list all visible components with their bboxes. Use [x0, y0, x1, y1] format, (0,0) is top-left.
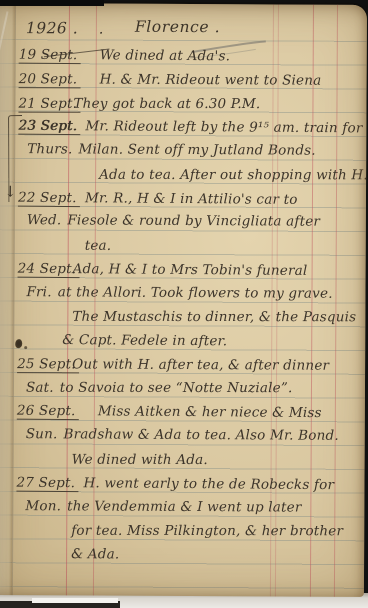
entry-date: 20 Sept.	[19, 71, 81, 88]
entry-text: Mr. Rideout left by the 9¹⁵ am. train fo…	[85, 118, 362, 136]
entry-text: We dined at Ada's.	[100, 47, 230, 64]
entry-text: to Savoia to see “Notte Nuziale”.	[60, 379, 293, 395]
entry-day: Mon.	[25, 498, 61, 514]
diary-row: 19 Sept.We dined at Ada's.	[0, 43, 367, 70]
entry-text: Ada, H & I to Mrs Tobin's funeral	[73, 261, 308, 279]
entry-day: Sun.	[26, 426, 58, 442]
entry-day: Fri.	[26, 284, 51, 300]
diary-row: Thurs.Milan. Sent off my Jutland Bonds.	[0, 138, 366, 164]
entry-text: Out with H. after tea, & after dinner	[72, 356, 329, 373]
entry-text: They got back at 6.30 P.M.	[73, 95, 260, 111]
entry-text: Miss Aitken & her niece & Miss	[98, 404, 322, 422]
diary-row: Ada to tea. After out shopping with H.	[0, 162, 366, 186]
entry-text: the Vendemmia & I went up later	[67, 498, 302, 515]
entry-text: Mr. R., H & I in Attilio's car to	[85, 190, 298, 208]
entry-text: The Mustaschis to dinner, & the Pasquis	[72, 309, 356, 325]
diary-row: 26 Sept.Miss Aitken & her niece & Miss	[0, 399, 365, 426]
entry-text: & Capt. Fedele in after.	[62, 332, 227, 349]
photo-frame: 1926 . . Florence . 19 Sept.We dined at …	[0, 0, 368, 608]
entry-text: H. went early to the de Robecks for	[83, 475, 334, 493]
diary-row: The Mustaschis to dinner, & the Pasquis	[0, 305, 365, 329]
stray-ink-dot: .	[99, 22, 104, 38]
entry-date: 27 Sept.	[16, 474, 78, 491]
diary-row: Sat.to Savoia to see “Notte Nuziale”.	[0, 376, 365, 400]
entry-text: H. & Mr. Rideout went to Siena	[100, 71, 322, 88]
diary-row: 23 Sept.Mr. Rideout left by the 9¹⁵ am. …	[0, 114, 366, 141]
diary-row: & Capt. Fedele in after.	[0, 328, 365, 355]
entry-text: Ada to tea. After out shopping with H.	[99, 167, 368, 183]
diary-row: 20 Sept.H. & Mr. Rideout went to Siena	[0, 67, 367, 93]
diary-row: 21 Sept.They got back at 6.30 P.M.	[0, 91, 366, 115]
diary-row: & Ada.	[0, 542, 364, 569]
diary-row: 27 Sept.H. went early to the de Robecks …	[0, 470, 365, 497]
entry-date: 19 Sept.	[19, 47, 81, 64]
entry-text: tea.	[85, 238, 112, 254]
entry-date: 26 Sept.	[17, 403, 79, 420]
diary-row: Fri.at the Allori. Took flowers to my gr…	[0, 281, 366, 307]
entry-text: at the Allori. Took flowers to my grave.	[58, 284, 333, 301]
entry-bracket	[8, 115, 22, 202]
entry-date: 23 Sept.	[18, 118, 80, 135]
diary-row: 24 Sept.Ada, H & I to Mrs Tobin's funera…	[0, 256, 366, 283]
entry-text: Fiesole & round by Vincigliata after	[67, 213, 320, 230]
diary-row: Sun.Bradshaw & Ada to tea. Also Mr. Bond…	[0, 423, 365, 449]
cover-notch	[0, 0, 104, 6]
entry-day: Sat.	[26, 379, 54, 395]
entry-text: We dined with Ada.	[72, 452, 208, 468]
entry-date: 21 Sept.	[18, 95, 80, 112]
entry-rows: 19 Sept.We dined at Ada's.20 Sept.H. & M…	[0, 43, 367, 568]
ink-speck	[24, 346, 27, 349]
diary-row: 25 Sept.Out with H. after tea, & after d…	[0, 352, 365, 378]
year-label: 1926 .	[26, 19, 78, 37]
entry-text: Bradshaw & Ada to tea. Also Mr. Bond.	[63, 427, 338, 444]
diary-row: Wed.Fiesole & round by Vincigliata after	[0, 209, 366, 235]
ink-blot	[15, 339, 22, 348]
diary-row: We dined with Ada.	[0, 448, 365, 472]
entry-date: 22 Sept.	[18, 189, 80, 206]
page-title: Florence .	[135, 18, 220, 36]
entry-date: 24 Sept.	[18, 261, 80, 278]
entry-text: Milan. Sent off my Jutland Bonds.	[78, 141, 315, 158]
diary-row: for tea. Miss Pilkington, & her brother	[0, 519, 364, 543]
entry-day: Wed.	[27, 213, 62, 229]
diary-row: Mon.the Vendemmia & I went up later	[0, 495, 364, 521]
entry-date: 25 Sept.	[17, 356, 79, 373]
diary-row: tea.	[0, 234, 366, 258]
diary-row: ↓22 Sept.Mr. R., H & I in Attilio's car …	[0, 185, 366, 212]
page-edge-highlight	[32, 598, 118, 603]
entry-text: for tea. Miss Pilkington, & her brother	[71, 523, 343, 539]
diary-page: 1926 . . Florence . 19 Sept.We dined at …	[0, 3, 367, 597]
entry-text: & Ada.	[71, 546, 119, 562]
entry-day: Thurs.	[27, 141, 72, 157]
